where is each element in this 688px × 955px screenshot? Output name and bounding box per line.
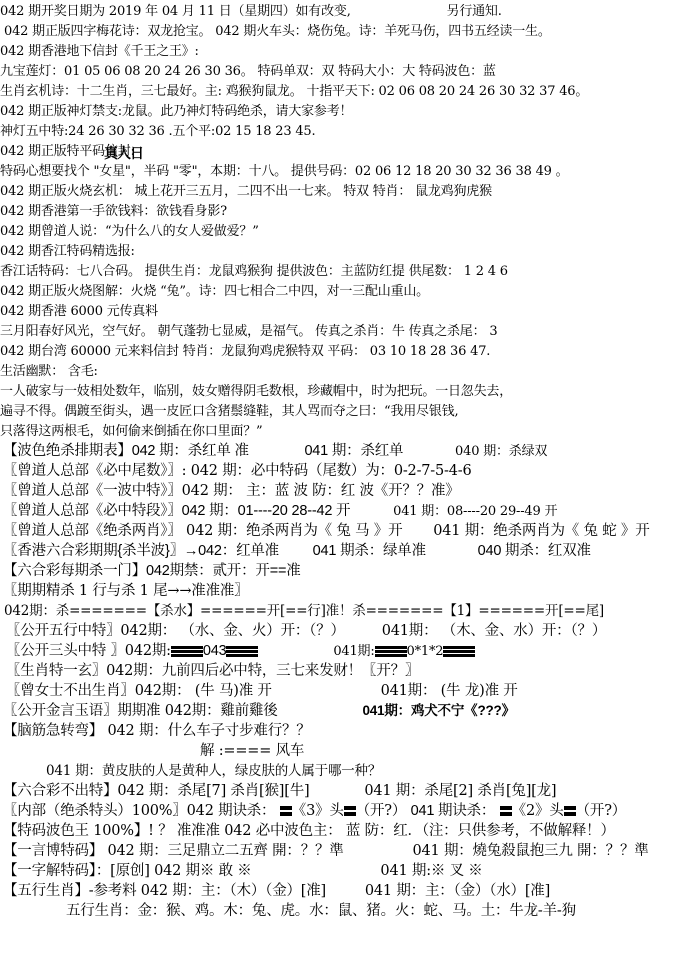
- golden-words-042: 〖公开金言玉语〗期期准 042期：雞前雞後: [3, 703, 278, 719]
- one-char-041: 041 期:※ 叉 ※: [380, 863, 482, 879]
- draw-date-text: 042 期开奖日期为 2019 年 04 月 11 日（星期四）如有改变,: [0, 4, 351, 19]
- wave-kill-040: 040 期：杀绿双: [455, 444, 547, 459]
- special-code-hint-line: 特码心想要找个 "女星"，半码 "零"，本期：十八。 提供号码：02 06 12…: [0, 162, 568, 182]
- three-heads-041-value: 0*1*2: [407, 644, 444, 659]
- wave-kill-041: 041 期：杀红单: [304, 443, 403, 459]
- one-char-special-line: 【一字解特码】：[原创] 042 期※ 敢 ※ 041 期:※ 叉 ※: [3, 861, 483, 881]
- kill-element-tail-title: 〖期期精杀 1 行与杀 1 尾→→准准准〗: [3, 581, 249, 601]
- no-special-041: 041 期：杀尾[2] 杀肖[兔][龙]: [364, 783, 556, 799]
- wave-king-line: 【特码波色王 100%】! ？ 准准准 042 必中波色主： 蓝 防：红．（注：…: [3, 821, 615, 841]
- humor-title: 生活幽默： 含毛:: [0, 362, 98, 382]
- kill-head-line: 〖内部（绝杀特头）100%〗042 期诀杀： 《3》头（开?） 041 期诀杀：…: [3, 801, 626, 821]
- five-element-042: 【五行生肖】-参考料 042 期：主：（木）（金）[准]: [3, 883, 326, 899]
- nine-lanterns-line: 九宝莲灯：01 05 06 08 20 24 26 30 36。 特码单双：双 …: [0, 62, 496, 82]
- one-char-042: 【一字解特码】：[原创] 042 期※ 敢 ※: [3, 863, 252, 879]
- zeng-says-line: 042 期曾道人说：“为什么八的女人爱做爱？”: [0, 222, 259, 242]
- one-word-special-line: 【一言博特码】 042 期：三足鼎立二五齊 開：？？準 041 期：燒兔殺鼠抱三…: [3, 841, 649, 861]
- one-word-041: 041 期：燒兔殺鼠抱三九 開：？？準: [412, 843, 648, 859]
- golden-words-line: 〖公开金言玉语〗期期准 042期：雞前雞後 041期：鸡犬不宁《???》: [3, 701, 515, 721]
- humor-text-3: 只落得这两根毛，如何偷来倒插在你口里面？”: [0, 422, 262, 442]
- bar-glyph-icon: [226, 646, 258, 657]
- ms-zeng-042: 〖曾女士不出生肖〗042期： (牛 马)准 开: [6, 683, 272, 699]
- kill-one-door-line: 【六合彩每期杀一门】042期禁：贰开：开==准: [3, 561, 301, 581]
- zodiac-poem-line: 生肖玄机诗：十二生肖，三七最好。主: 鸡猴狗鼠龙。 十指平天下: 02 06 0…: [0, 82, 588, 102]
- draw-date-line: 042 期开奖日期为 2019 年 04 月 11 日（星期四）如有改变, 另行…: [0, 2, 502, 22]
- overlay-stamp-text: 真人日: [104, 143, 143, 163]
- hk-fax-detail-line: 三月阳春好风光，空气好。 朝气蓬勃七显威，是福气。 传真之杀肖：牛 传真之杀尾：…: [0, 322, 497, 342]
- notice-text: 另行通知.: [447, 4, 502, 19]
- five-element-zodiac-line: 【五行生肖】-参考料 042 期：主：（木）（金）[准] 041 期：主：（金）…: [3, 881, 550, 901]
- riddle-041-line: 041 期：黄皮肤的人是黄种人，绿皮肤的人属于哪一种？: [46, 761, 381, 781]
- half-wave-041: 041 期杀：绿单准: [313, 543, 426, 559]
- no-special-042: 【六合彩不出特】042 期：杀尾[7] 杀肖[猴][牛]: [3, 783, 309, 799]
- kill-element-tail-detail: 042期：杀=======【杀水】======开[==行]准！杀=======【…: [4, 601, 604, 621]
- bar-glyph-icon: [443, 646, 475, 657]
- double-bar-icon: [564, 806, 576, 816]
- segment-041: 041 期：08----20 29--49 开: [393, 504, 557, 519]
- double-bar-icon: [500, 806, 512, 816]
- hk-first-hand-line: 042 期香港第一手欲钱料：欲钱看身影?: [0, 202, 227, 222]
- lamp-ban-line: 042 期正版神灯禁支:龙鼠。此乃神灯特码绝杀，请大家参考！: [0, 102, 352, 122]
- five-elements-line: 〖公开五行中特〗042期： （水、金、火）开：（？） 041期： （木、金、水）…: [6, 621, 606, 641]
- half-wave-042: 〖香港六合彩期期{杀半波}〗→042：红单准: [3, 543, 279, 559]
- taiwan-envelope-line: 042 期台湾 60000 元来料信封 特肖：龙鼠狗鸡虎猴特双 平码： 03 1…: [0, 342, 490, 362]
- kill-two-042: 〖曾道人总部《绝杀两肖》〗 042 期：绝杀两肖为《 兔 马 》开: [3, 523, 402, 539]
- fire-mystery-line: 042 期正版火烧玄机： 城上花开三五月，二四不出一七来。 特双 特肖： 鼠龙鸡…: [0, 182, 492, 202]
- kill-head-042-open: （开?）: [356, 803, 406, 819]
- special-segment-line: 〖曾道人总部《必中特段》〗042 期：01----20 28--42 开 041…: [3, 501, 557, 521]
- segment-042: 〖曾道人总部《必中特段》〗042 期：01----20 28--42 开: [3, 503, 350, 519]
- zodiac-mystery-line: 〖生肖特一玄〗042期：九前四后必中特，三七来发财！〖开？〗: [6, 661, 419, 681]
- five-element-mapping: 五行生肖：金：猴、鸡。木：兔、虎。水：鼠、猪。火：蛇、马。土：牛龙-羊-狗: [66, 901, 576, 921]
- kill-head-042-value: 《3》头: [292, 803, 344, 819]
- no-special-line: 【六合彩不出特】042 期：杀尾[7] 杀肖[猴][牛] 041 期：杀尾[2]…: [3, 781, 556, 801]
- tail-number-line: 〖曾道人总部《必中尾数》〗: 042 期：必中特码（尾数）为：0-2-7-5-4…: [3, 461, 471, 481]
- three-heads-041-label: 041期:: [333, 644, 374, 659]
- fire-illustration-line: 042 期正版火烧图解：火烧 “兔”。诗：四七相合二中四，对一三配山重山。: [0, 282, 429, 302]
- kill-head-041-label: 041 期诀杀：: [411, 803, 496, 819]
- kill-head-041-value: 《2》头: [512, 803, 564, 819]
- xiangjiang-detail-line: 香江话特码：七八合码。 提供生肖：龙鼠鸡猴狗 提供波色：主蓝防红提 供尾数： 1…: [0, 262, 508, 282]
- kill-half-wave-line: 〖香港六合彩期期{杀半波}〗→042：红单准 041 期杀：绿单准 040 期杀…: [3, 541, 591, 561]
- kill-two-041: 041 期：绝杀两肖为《 兔 蛇 》开: [433, 523, 649, 539]
- riddle-answer: 解 :==== 风车: [200, 741, 304, 761]
- double-bar-icon: [280, 806, 292, 816]
- golden-words-041: 041期：鸡犬不宁《???》: [362, 703, 514, 718]
- bar-glyph-icon: [171, 646, 203, 657]
- three-heads-042-label: 〖公开三头中特 〗042期:: [6, 643, 171, 659]
- five-elements-041: 041期： （木、金、水）开：（？）: [382, 623, 606, 639]
- riddle-line: 【脑筋急转弯】 042 期：什么车子寸步难行？？: [3, 721, 311, 741]
- three-heads-line: 〖公开三头中特 〗042期:043 041期:0*1*2: [6, 641, 475, 661]
- humor-text-2: 遍寻不得。偶踱至街头，遇一皮匠口含猪鬃缝鞋，其人骂而夺之曰：“我用尽银钱,: [0, 402, 458, 422]
- hk-envelope-title: 042 期香港地下信封《千王之王》:: [0, 42, 199, 62]
- five-element-041: 041 期：主：（金）（水）[准]: [365, 883, 550, 899]
- five-elements-042: 〖公开五行中特〗042期： （水、金、火）开：（？）: [6, 623, 345, 639]
- ms-zeng-line: 〖曾女士不出生肖〗042期： (牛 马)准 开 041期： (牛 龙)准 开: [6, 681, 518, 701]
- lamp-five-line: 神灯五中特:24 26 30 32 36 .五个平:02 15 18 23 45…: [0, 122, 315, 142]
- kill-head-041-open: （开?）: [576, 803, 626, 819]
- three-heads-042-value: 043: [203, 643, 227, 659]
- ms-zeng-041: 041期： (牛 龙)准 开: [381, 683, 518, 699]
- hk-fax-title: 042 期香港 6000 元传真料: [0, 302, 158, 322]
- xiangjiang-title: 042 期香江特码精选报:: [0, 242, 135, 262]
- one-word-042: 【一言博特码】 042 期：三足鼎立二五齊 開：？？準: [3, 843, 344, 859]
- one-wave-line: 〖曾道人总部《一波中特》〗042 期： 主：蓝 波 防：红 波《开？？准》: [3, 481, 460, 501]
- double-bar-icon: [344, 806, 356, 816]
- bar-glyph-icon: [375, 646, 407, 657]
- wave-kill-042: 【波色绝杀排期表】042 期：杀红单 准: [3, 443, 249, 459]
- kill-head-042-label: 〖内部（绝杀特头）100%〗042 期诀杀：: [3, 803, 275, 819]
- plum-poem-line: 042 期正版四字梅花诗：双龙抢宝。 042 期火车头：烧伤兔。诗：羊死马伤，四…: [4, 22, 551, 42]
- half-wave-040: 040 期杀：红双准: [478, 543, 591, 559]
- kill-two-zodiac-line: 〖曾道人总部《绝杀两肖》〗 042 期：绝杀两肖为《 兔 马 》开 041 期：…: [3, 521, 650, 541]
- wave-color-kill-line: 【波色绝杀排期表】042 期：杀红单 准 041 期：杀红单 040 期：杀绿双: [3, 441, 547, 461]
- humor-text-1: 一人破家与一妓相处数年，临别，妓女赠得阴毛数根，珍藏帽中，时为把玩。一日忽失去，: [0, 382, 512, 402]
